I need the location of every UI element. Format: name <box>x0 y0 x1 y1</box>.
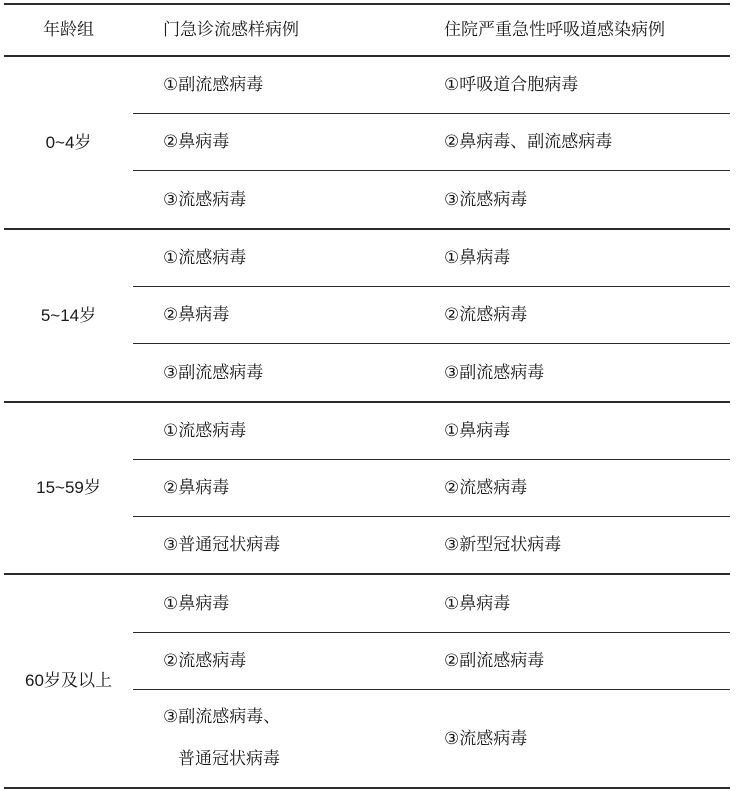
column-header-hospitalized-sari: 住院严重急性呼吸道感染病例 <box>444 5 730 55</box>
hospitalized-rank-3-cell: ③流感病毒 <box>444 690 730 787</box>
age-group-label: 0~4岁 <box>4 57 133 228</box>
outpatient-rank-2-cell: ②鼻病毒 <box>133 287 444 344</box>
hospitalized-rank-2-cell: ②流感病毒 <box>444 460 730 517</box>
hospitalized-rank-3-cell: ③新型冠状病毒 <box>444 517 730 573</box>
outpatient-rank-1-cell: ①流感病毒 <box>133 403 444 460</box>
age-group-section-15-59: 15~59岁 ①流感病毒 ①鼻病毒 ②鼻病毒 ②流感病毒 ③普通冠状病毒 ③新型… <box>4 403 730 575</box>
hospitalized-rank-3-cell: ③副流感病毒 <box>444 344 730 401</box>
hospitalized-rank-1-cell: ①鼻病毒 <box>444 403 730 460</box>
virus-ranking-table: 年龄组 门急诊流感样病例 住院严重急性呼吸道感染病例 0~4岁 ①副流感病毒 ①… <box>4 3 730 789</box>
hospitalized-rank-1-cell: ①鼻病毒 <box>444 575 730 633</box>
age-group-label: 5~14岁 <box>4 230 133 401</box>
hospitalized-rank-1-cell: ①鼻病毒 <box>444 230 730 287</box>
age-group-section-0-4: 0~4岁 ①副流感病毒 ①呼吸道合胞病毒 ②鼻病毒 ②鼻病毒、副流感病毒 ③流感… <box>4 57 730 230</box>
hospitalized-rank-3-cell: ③流感病毒 <box>444 171 730 228</box>
outpatient-rank-3-cell: ③副流感病毒 <box>133 344 444 401</box>
outpatient-rank-3-cell: ③流感病毒 <box>133 171 444 228</box>
outpatient-rank-2-cell: ②流感病毒 <box>133 633 444 690</box>
outpatient-rank-2-cell: ②鼻病毒 <box>133 114 444 171</box>
outpatient-rank-2-cell: ②鼻病毒 <box>133 460 444 517</box>
age-group-label: 15~59岁 <box>4 403 133 573</box>
outpatient-rank-3-cell: ③普通冠状病毒 <box>133 517 444 573</box>
outpatient-rank-3-cell: ③副流感病毒、 普通冠状病毒 <box>133 690 444 787</box>
hospitalized-rank-2-cell: ②流感病毒 <box>444 287 730 344</box>
outpatient-rank-1-cell: ①流感病毒 <box>133 230 444 287</box>
table-header-row: 年龄组 门急诊流感样病例 住院严重急性呼吸道感染病例 <box>4 5 730 57</box>
hospitalized-rank-2-cell: ②副流感病毒 <box>444 633 730 690</box>
age-group-section-60-plus: 60岁及以上 ①鼻病毒 ①鼻病毒 ②流感病毒 ②副流感病毒 ③副流感病毒、 普通… <box>4 575 730 789</box>
column-header-outpatient-ili: 门急诊流感样病例 <box>133 5 444 55</box>
outpatient-rank-1-cell: ①副流感病毒 <box>133 57 444 114</box>
hospitalized-rank-2-cell: ②鼻病毒、副流感病毒 <box>444 114 730 171</box>
hospitalized-rank-1-cell: ①呼吸道合胞病毒 <box>444 57 730 114</box>
outpatient-rank-1-cell: ①鼻病毒 <box>133 575 444 633</box>
age-group-section-5-14: 5~14岁 ①流感病毒 ①鼻病毒 ②鼻病毒 ②流感病毒 ③副流感病毒 ③副流感病… <box>4 230 730 403</box>
age-group-label: 60岁及以上 <box>4 575 133 787</box>
column-header-age-group: 年龄组 <box>4 5 133 55</box>
